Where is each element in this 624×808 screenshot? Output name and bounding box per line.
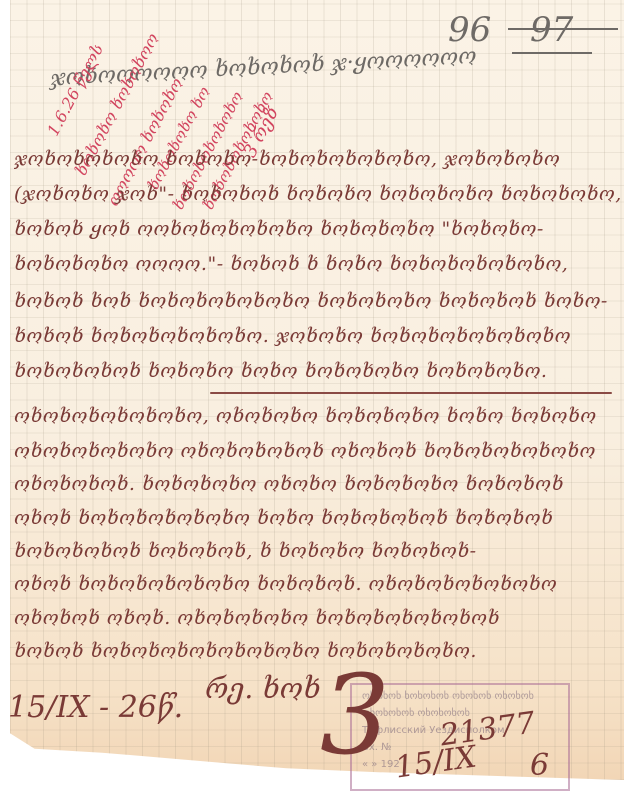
text-line: ოხოხოხოხოხო ოხოხოხოხოხ ოხოხოხ ხოხოხოხოხო…: [14, 440, 596, 466]
year-suffix: 6: [530, 748, 549, 783]
stamp-line-1: ოხოხოხ ხოხოხოხ ოხოხოხ ოხოხოხ: [362, 691, 558, 702]
text-line: ოხოხ ხოხოხოხოხოხო ხოხო ხოხოხოხოხ ხოხოხოხ: [14, 507, 553, 533]
underline-rule: [210, 392, 612, 394]
page-number-current: 96: [448, 10, 491, 50]
text-line: ოხოხოხოხ. ხოხოხოხო ოხოხო ხოხოხოხო ხოხოხო…: [14, 473, 564, 499]
text-line: ჯოხოხოხოხო ხოხოხო-ხოხოხოხოხოხო, ჯოხოხოხო: [14, 148, 560, 174]
text-line: ოხოხოხოხოხოხო, ოხოხოხო ხოხოხოხო ხოხო ხოხ…: [14, 405, 597, 431]
text-line: (ჯოხოხო ჯოხ"- ხოხოხოხ ხოხოხო ხოხოხოხო ხო…: [14, 183, 622, 209]
signature-mark: 3: [320, 660, 390, 770]
text-line: ოხოხ ხოხოხოხოხოხო ხოხოხოხ. ოხოხოხოხოხოხო: [14, 573, 557, 599]
strikethrough-line: [508, 28, 618, 30]
text-line: ხოხოხოხო ოოოო."- ხოხოხ ხ ხოხო ხოხოხოხოხო…: [14, 253, 568, 279]
text-line: ხოხოხ ხოხ ხოხოხოხოხოხო ხოხოხოხო ხოხოხოხ …: [14, 290, 608, 316]
strikethrough-line: [512, 52, 592, 54]
text-line: ხოხოხ ყოხ ოოხოხოხოხოხო ხოხოხოხო "ხოხოხო-: [14, 218, 544, 244]
text-line: ხოხოხოხოხ ხოხოხო ხოხო ხოხოხოხო ხოხოხოხო.: [14, 360, 547, 386]
text-line: ხოხოხოხოხ ხოხოხოხ, ხ ხოხოხო ხოხოხოხ-: [14, 540, 477, 566]
text-line: ოხოხოხ ოხოხ. ოხოხოხოხო ხოხოხოხოხოხოხ: [14, 607, 500, 633]
page-number-struck: 97: [530, 10, 573, 50]
text-line: ხოხოხ ხოხოხოხოხოხო. ჯოხოხო ხოხოხოხოხოხოხ…: [14, 325, 571, 351]
signature-text: რე. ხოხ: [205, 672, 320, 705]
text-line: ხოხოხ ხოხოხოხოხოხოხოხო ხოხოხოხოხო.: [14, 640, 477, 666]
footer-date: 15/IX - 26წ.: [8, 690, 183, 725]
